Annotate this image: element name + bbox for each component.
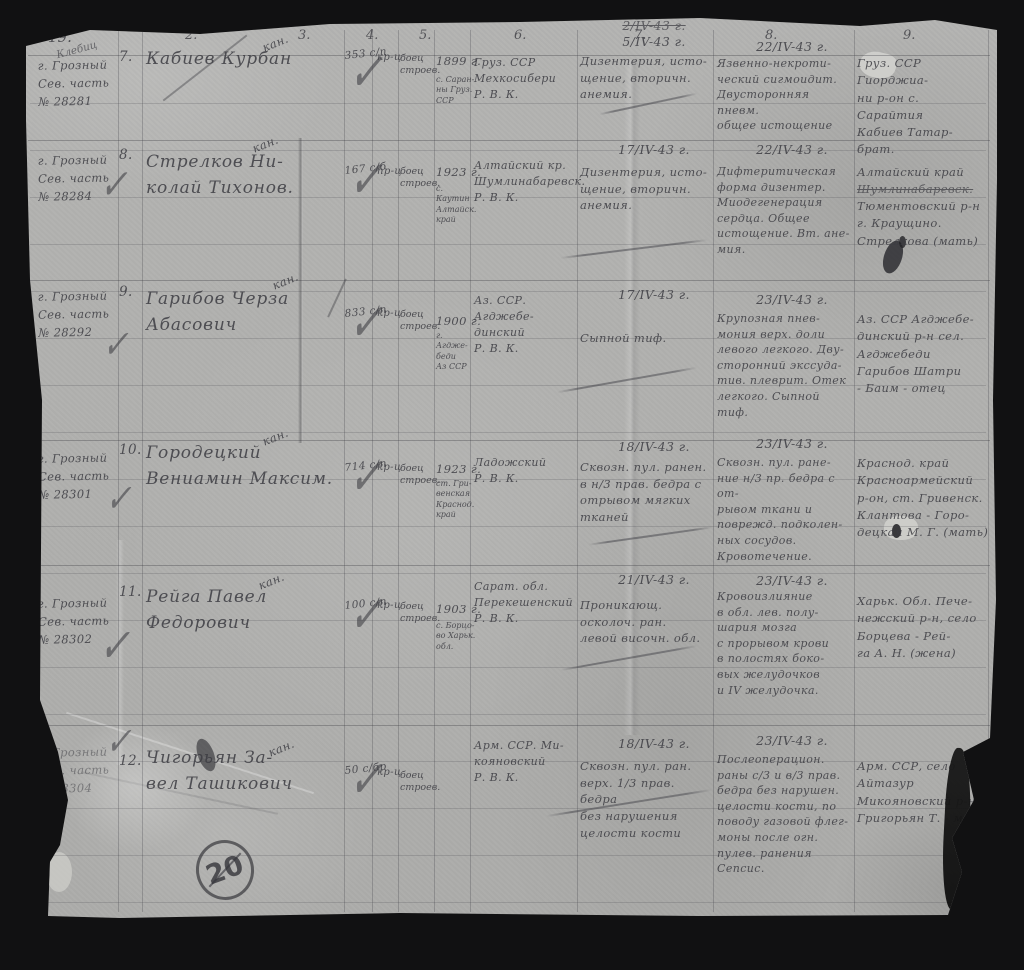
relatives-address: Груз. ССР Гиорджиа- ни р-он с. Сарайтия … — [857, 55, 989, 159]
admission-diagnosis: Сквозн. пул. ранен. в н/3 прав. бедра с … — [580, 459, 714, 526]
soldier-name: Городецкий Вениамин Максим. — [146, 441, 342, 492]
soldier-name: Гарибов Черза Абасович — [146, 287, 342, 338]
admission-date: 17/IV-43 г. — [598, 286, 710, 304]
death-date: 23/IV-43 г. — [736, 291, 848, 309]
admission-date: 17/IV-43 г. — [598, 141, 710, 159]
column-number: 9. — [903, 28, 915, 43]
admission-date: 5/IV-43 г. — [598, 33, 710, 51]
birthplace-note: ст. Гри- венская Краснод. край — [436, 479, 476, 521]
position-cell: боец строев. — [400, 53, 440, 77]
row-line — [28, 565, 990, 566]
column-number: 3. — [298, 28, 310, 43]
rvk-cell: Сарат. обл. Перекешенский Р. В. К. — [474, 579, 576, 627]
birth-year-cell: 1903 г. — [436, 601, 472, 617]
admission-date: 18/IV-43 г. — [598, 735, 710, 753]
relatives-address-struck: Шумлинабаревск. — [857, 181, 989, 198]
paper-sheet: 19. Клебиц 2. 3. 4. 5. 6. 7. 8. 9. г. Гр… — [0, 0, 1024, 970]
soldier-name: Чигорьян За- вел Ташикович — [146, 746, 342, 797]
column-number: 6. — [514, 28, 526, 43]
death-date: 23/IV-43 г. — [736, 572, 848, 590]
relatives-address: Тюментовский р-н г. Краущино. Стрелкова … — [857, 198, 989, 250]
column-line — [577, 30, 578, 912]
birthplace-note: с. Каутин Алтайск. край — [436, 184, 476, 226]
soldier-name: Кабиев Курбан — [146, 47, 342, 73]
page-number: 19. — [48, 28, 72, 46]
admission-diagnosis: Дизентерия, исто- щение, вторичн. анемия… — [580, 53, 714, 103]
admission-diagnosis: Проникающ. осколоч. ран. левой височн. о… — [580, 597, 714, 647]
column-number: 4. — [366, 28, 378, 43]
position-cell: боец строев. — [400, 463, 440, 487]
column-line — [854, 30, 855, 912]
birthplace-note: г. Агдже- беди Аз ССР — [436, 331, 476, 373]
relatives-address: Аз. ССР Агджебе- динский р-н сел. Агджеб… — [857, 311, 989, 397]
admission-diagnosis: Сыпной тиф. — [580, 330, 714, 347]
admission-date: 21/IV-43 г. — [598, 571, 710, 589]
death-date: 23/IV-43 г. — [736, 732, 848, 750]
death-diagnosis: Язвенно-некроти- ческий сигмоидит. Двуст… — [717, 56, 853, 134]
birthplace-note: с. Борцо- во Харьк. обл. — [436, 621, 476, 652]
birthplace-note: с. Саран- ны Груз. ССР — [436, 75, 476, 106]
row-number: 11. — [119, 583, 145, 602]
position-cell: боец строев. — [400, 601, 440, 625]
admission-date: 18/IV-43 г. — [598, 438, 710, 456]
rvk-cell: Арм. ССР. Ми- кояновский Р. В. К. — [474, 738, 576, 786]
column-number: 2. — [185, 28, 197, 43]
death-diagnosis: Послеоперацион. раны с/3 и в/3 прав. бед… — [717, 752, 853, 877]
position-cell: боец строев. — [400, 166, 440, 190]
rvk-cell: Алтайский кр. Шумлинабаревск. Р. В. К. — [474, 158, 576, 206]
rvk-cell: Аз. ССР. Агджебе- динский Р. В. К. — [474, 293, 576, 357]
admission-diagnosis: Дизентерия, исто- щение, вторичн. анемия… — [580, 164, 714, 214]
death-diagnosis: Дифтеритическая форма дизентер. Миодеген… — [717, 164, 853, 258]
death-date: 22/IV-43 г. — [736, 141, 848, 159]
death-diagnosis: Кровоизлияние в обл. лев. полу- шария мо… — [717, 589, 853, 698]
birth-year-cell: 1923 г. — [436, 461, 472, 477]
relatives-address: Краснод. край Красноармейский р-он, ст. … — [857, 455, 989, 541]
relatives-address: Харьк. Обл. Пече- нежский р-н, село Борц… — [857, 593, 989, 662]
row-number: 7. — [119, 48, 145, 67]
birth-year-cell: 1923 г. — [436, 164, 472, 180]
relatives-address: Алтайский край — [857, 164, 989, 181]
position-cell: боец строев. — [400, 309, 440, 333]
position-cell: боец строев. — [400, 770, 440, 794]
birth-year-cell: 1899 г. — [436, 53, 472, 69]
row-line — [28, 280, 990, 281]
reg-block: г. Грозный Сев. часть № 28281 — [38, 56, 127, 111]
soldier-name: Рейга Павел Федорович — [146, 585, 342, 636]
death-diagnosis: Сквозн. пул. ране- ние н/3 пр. бедра с о… — [717, 455, 853, 564]
death-date: 22/IV-43 г. — [736, 38, 848, 56]
birth-year-cell: 1900 г. — [436, 313, 472, 329]
row-number: 10. — [119, 441, 145, 460]
column-number: 5. — [419, 28, 431, 43]
row-number: 9. — [119, 283, 145, 302]
soldier-name: Стрелков Ни- колай Тихонов. — [146, 150, 342, 201]
death-diagnosis: Крупозная пнев- мония верх. доли левого … — [717, 311, 853, 420]
rvk-cell: Ладожский Р. В. К. — [474, 455, 576, 487]
row-line — [28, 725, 990, 726]
rvk-cell: Груз. ССР Мехкосибери Р. В. К. — [474, 55, 576, 103]
death-date: 23/IV-43 г. — [736, 435, 848, 453]
